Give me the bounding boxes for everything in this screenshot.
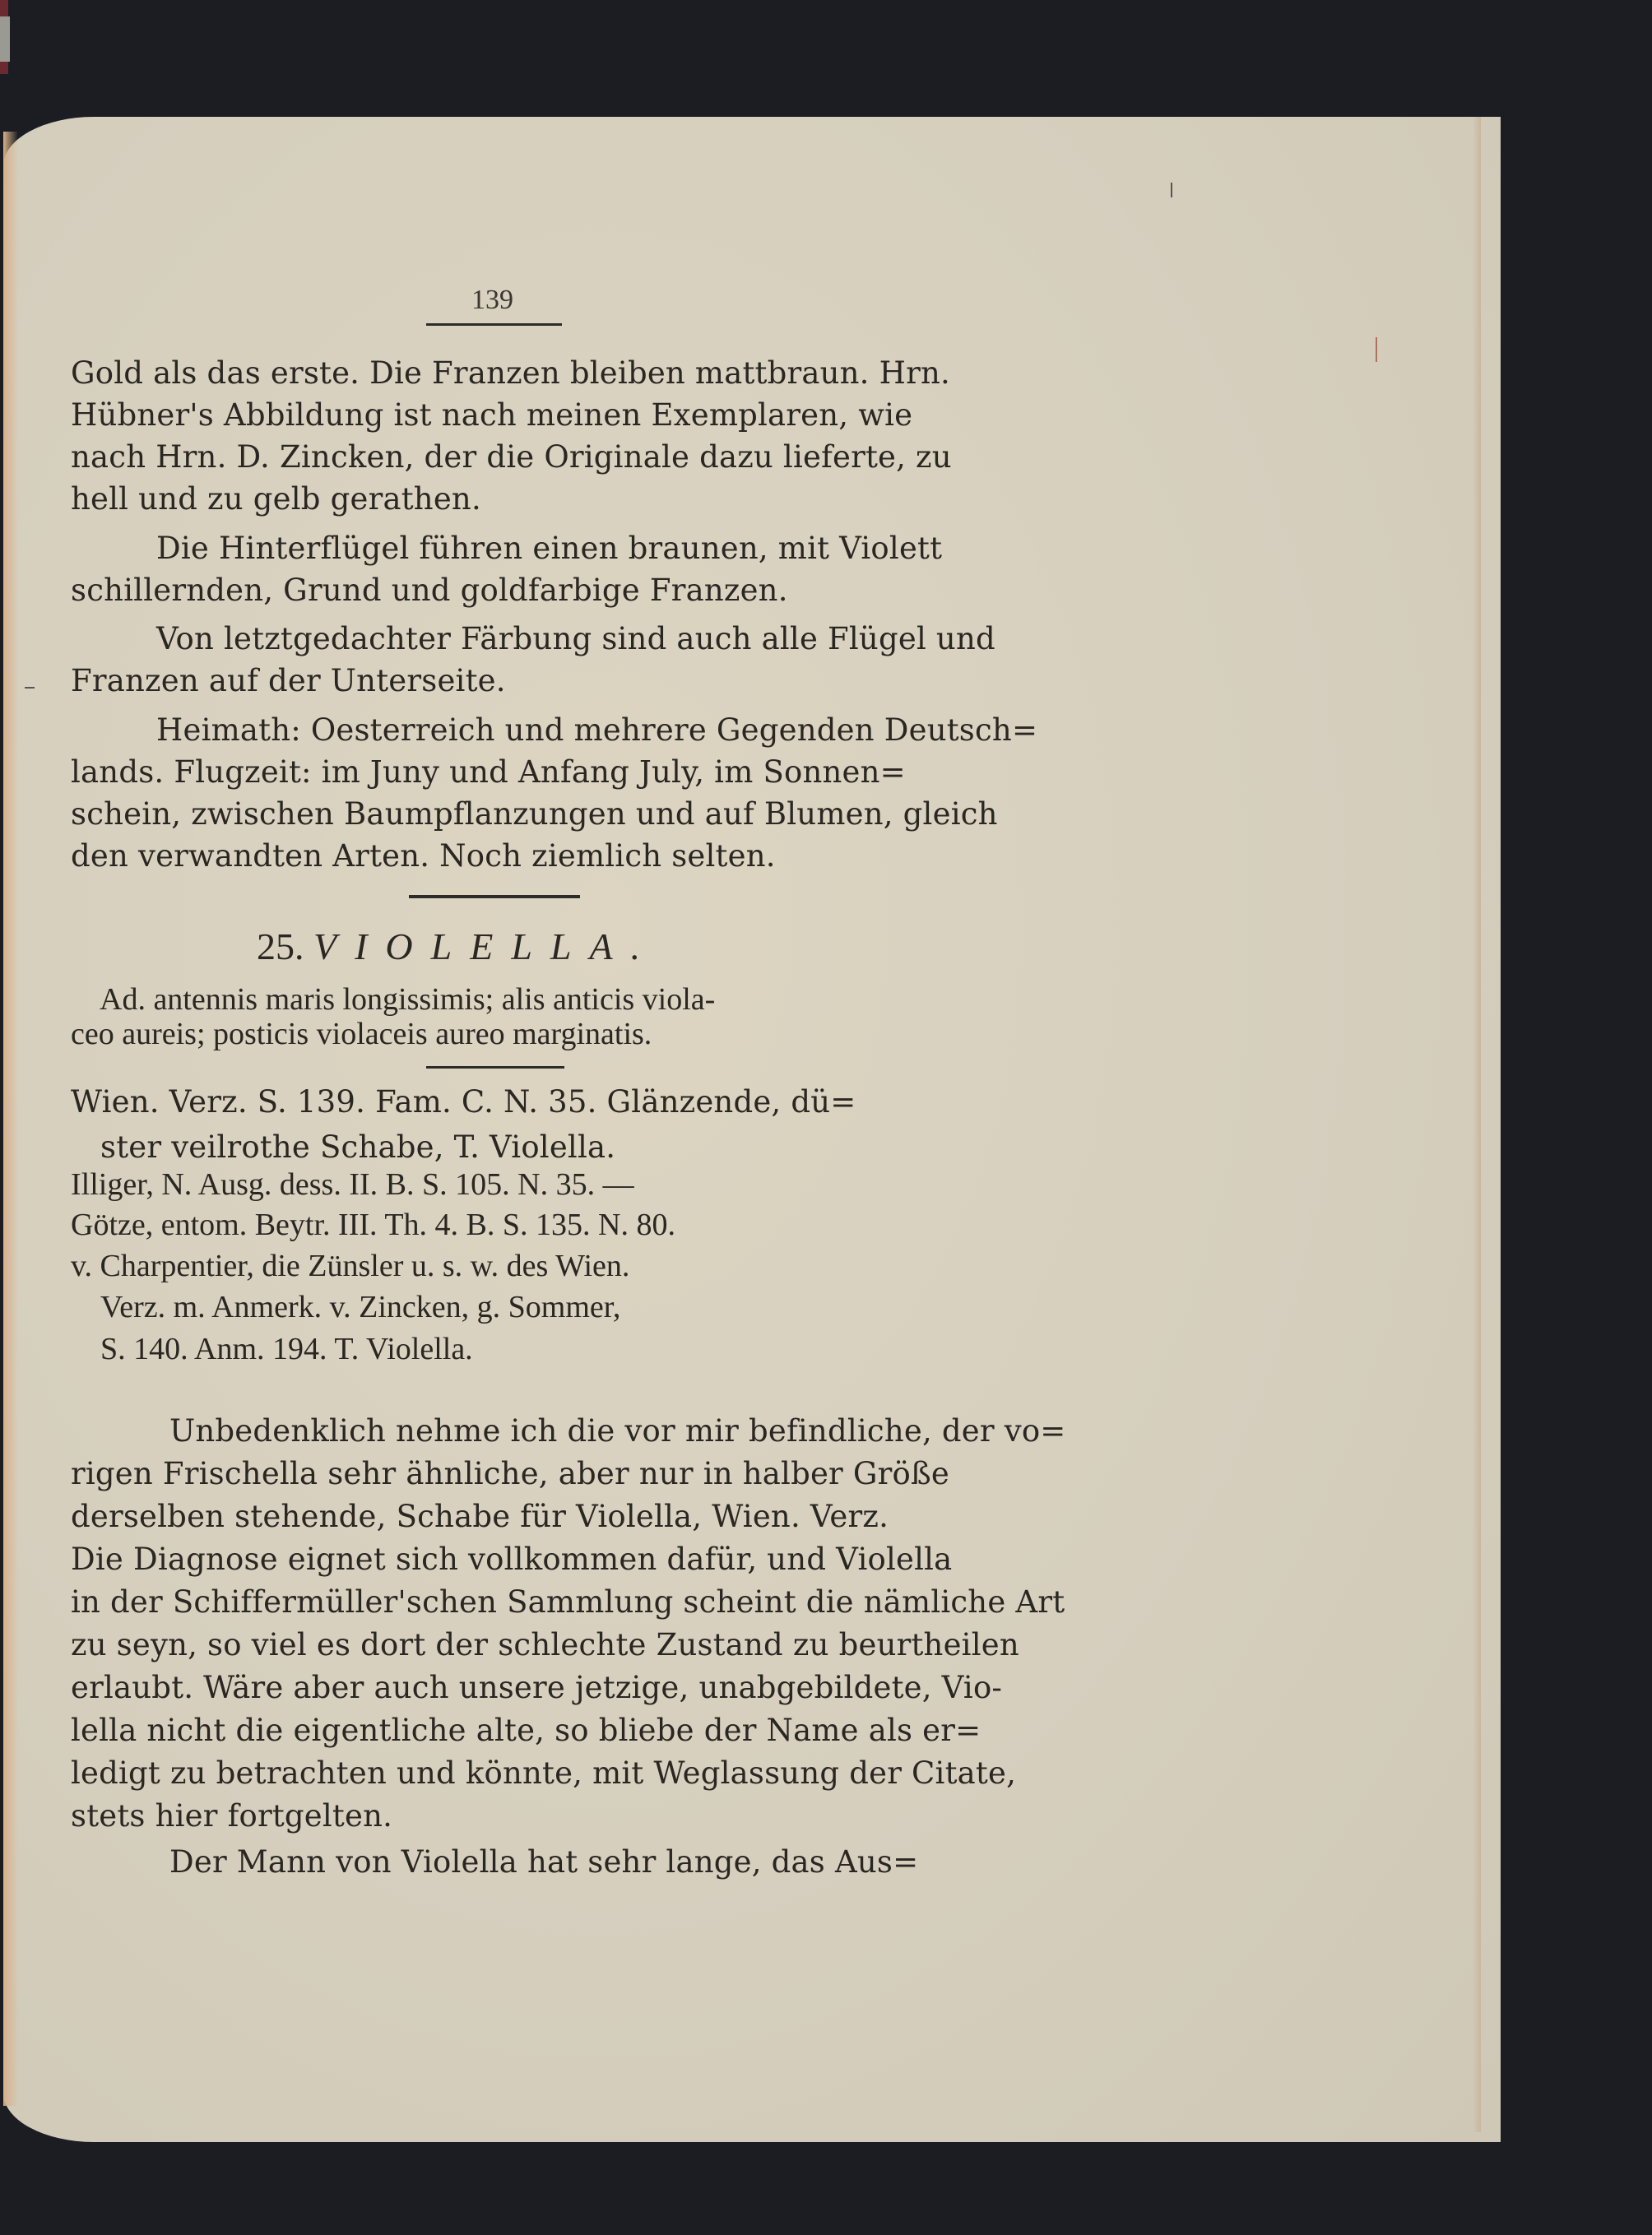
reference-line: Götze, entom. Beytr. III. Th. 4. B. S. 1… bbox=[71, 1207, 675, 1243]
page-right-edge bbox=[1473, 117, 1481, 2132]
references-separator-rule bbox=[426, 1066, 564, 1069]
diagnosis-line: Ad. antennis maris longissimis; alis ant… bbox=[100, 981, 715, 1018]
text-line: ledigt zu betrachten und könnte, mit Weg… bbox=[71, 1755, 1016, 1791]
text-line: lands. Flugzeit: im Juny und Anfang July… bbox=[71, 754, 906, 790]
text-line: Hübner's Abbildung ist nach meinen Exemp… bbox=[71, 397, 912, 433]
text-line: Die Hinterflügel führen einen braunen, m… bbox=[156, 531, 942, 566]
text-line: Unbedenklich nehme ich die vor mir befin… bbox=[169, 1413, 1066, 1449]
text-line: den verwandten Arten. Noch ziemlich selt… bbox=[71, 838, 776, 874]
diagnosis-line: ceo aureis; posticis violaceis aureo mar… bbox=[71, 1016, 652, 1052]
text-line: Heimath: Oesterreich und mehrere Gegende… bbox=[156, 712, 1037, 748]
species-name: VIOLELLA. bbox=[313, 925, 658, 967]
paper-blemish bbox=[1171, 183, 1172, 197]
reference-line: S. 140. Anm. 194. T. Violella. bbox=[100, 1331, 473, 1367]
paper-blemish bbox=[1376, 337, 1377, 362]
text-line: hell und zu gelb gerathen. bbox=[71, 481, 481, 517]
text-line: zu seyn, so viel es dort der schlechte Z… bbox=[71, 1627, 1019, 1662]
spine-binding-edge bbox=[0, 16, 10, 62]
section-title: 25. VIOLELLA. bbox=[257, 925, 658, 968]
text-line: Von letztgedachter Färbung sind auch all… bbox=[156, 621, 995, 656]
page-number: 139 bbox=[471, 285, 513, 316]
reference-line: v. Charpentier, die Zünsler u. s. w. des… bbox=[71, 1248, 629, 1284]
text-line: derselben stehende, Schabe für Violella,… bbox=[71, 1499, 889, 1534]
text-line: rigen Frischella sehr ähnliche, aber nur… bbox=[71, 1456, 949, 1491]
reference-line: Verz. m. Anmerk. v. Zincken, g. Sommer, bbox=[100, 1289, 620, 1325]
text-line: lella nicht die eigentliche alte, so bli… bbox=[71, 1713, 981, 1748]
page-gutter-shadow bbox=[3, 132, 18, 2106]
text-line: schein, zwischen Baumpflanzungen und auf… bbox=[71, 796, 998, 832]
text-line: Der Mann von Violella hat sehr lange, da… bbox=[169, 1844, 918, 1880]
reference-line: Wien. Verz. S. 139. Fam. C. N. 35. Glänz… bbox=[71, 1084, 856, 1120]
text-line: stets hier fortgelten. bbox=[71, 1798, 392, 1834]
text-line: Die Diagnose eignet sich vollkommen dafü… bbox=[71, 1542, 952, 1577]
text-line: schillernden, Grund und goldfarbige Fran… bbox=[71, 573, 788, 608]
paper-blemish bbox=[25, 687, 35, 689]
text-line: Franzen auf der Unterseite. bbox=[71, 663, 506, 698]
text-line: in der Schiffermüller'schen Sammlung sch… bbox=[71, 1584, 1065, 1620]
text-line: nach Hrn. D. Zincken, der die Originale … bbox=[71, 439, 952, 475]
reference-line: ster veilrothe Schabe, T. Violella. bbox=[100, 1129, 615, 1165]
section-separator-rule bbox=[409, 895, 580, 898]
text-line: Gold als das erste. Die Franzen bleiben … bbox=[71, 355, 950, 391]
reference-line: Illiger, N. Ausg. dess. II. B. S. 105. N… bbox=[71, 1166, 634, 1203]
text-line: erlaubt. Wäre aber auch unsere jetzige, … bbox=[71, 1670, 1002, 1705]
section-number: 25. bbox=[257, 925, 304, 967]
page-number-rule bbox=[426, 323, 562, 326]
